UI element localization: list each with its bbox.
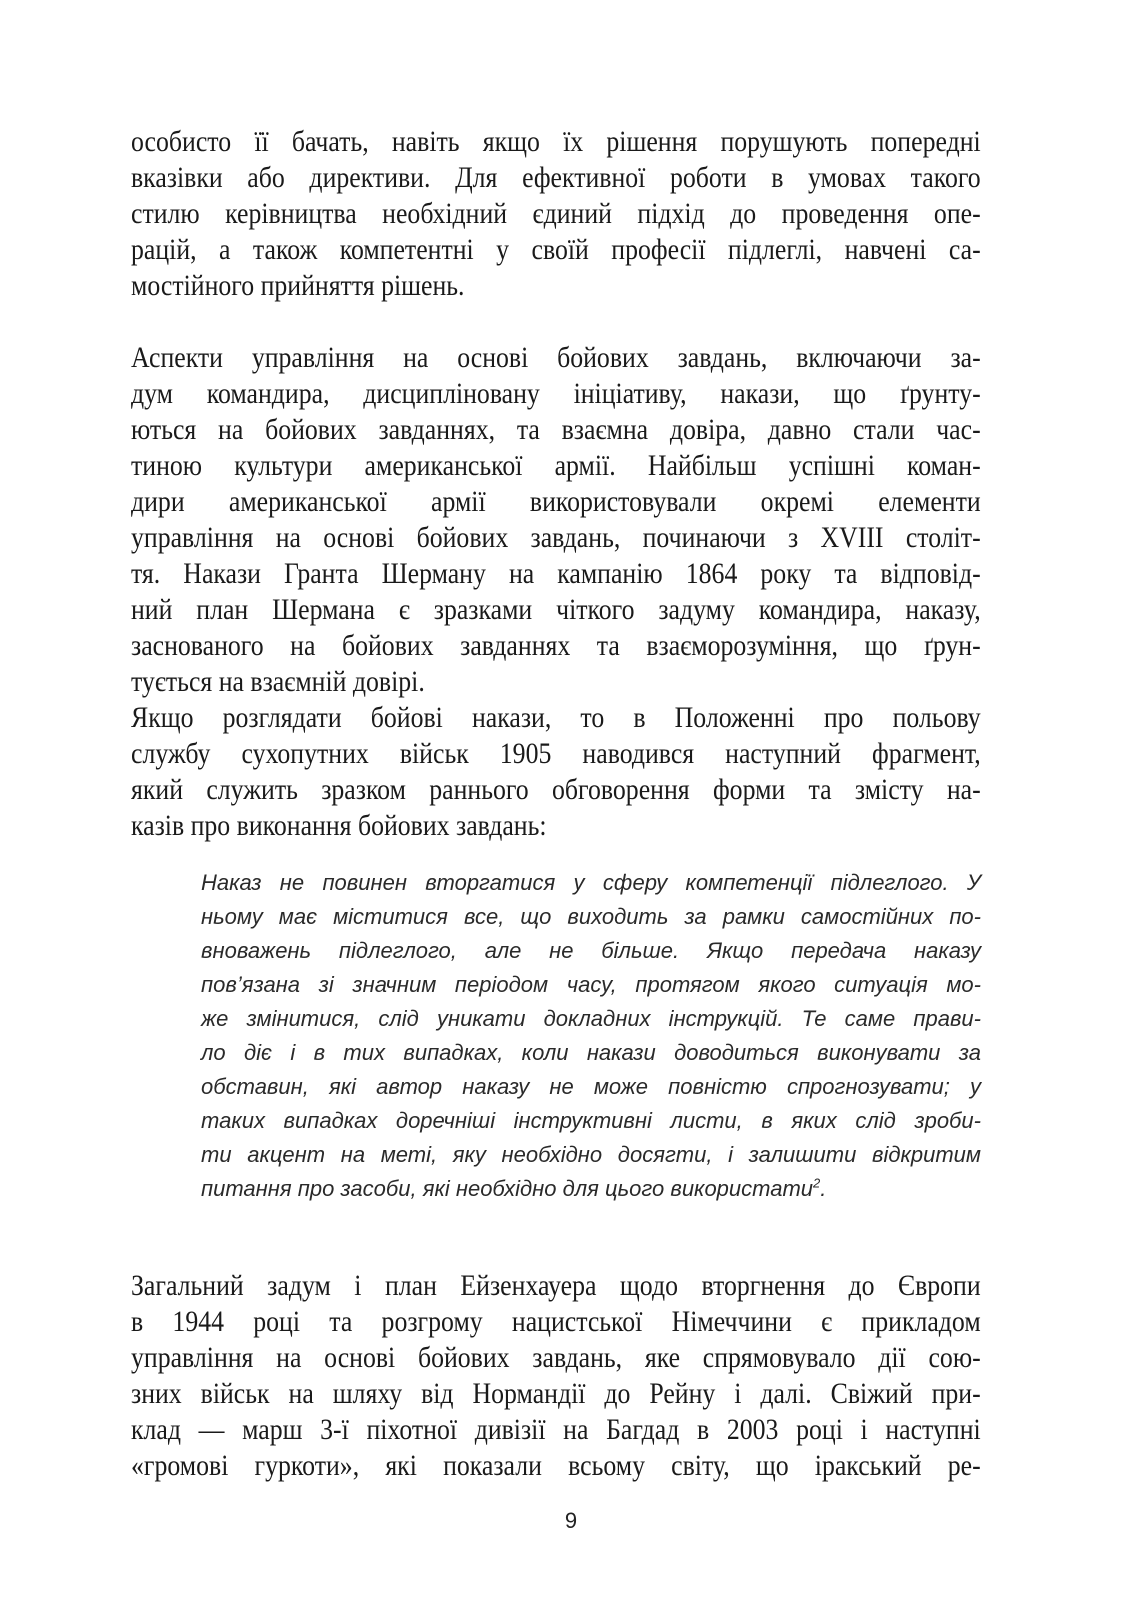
text-line: Загальний задум і план Ейзенхауера щодо … (131, 1268, 981, 1304)
quote-line-final: питання про засоби, які необхідно для ць… (201, 1172, 981, 1206)
text-line: особисто її бачать, навіть якщо їх рішен… (131, 124, 981, 160)
paragraph-1: особисто її бачать, навіть якщо їх рішен… (131, 124, 981, 304)
quote-period: . (820, 1176, 826, 1201)
quote-line: ло діє і в тих випадках, коли накази дов… (201, 1036, 981, 1070)
quote-line: Наказ не повинен вторгатися у сферу комп… (201, 866, 981, 900)
text-line: мостійного прийняття рішень. (131, 268, 981, 304)
text-line: Якщо розглядати бойові накази, то в Поло… (131, 700, 981, 736)
text-line: ний план Шермана є зразками чіткого заду… (131, 592, 981, 628)
text-line: тиною культури американської армії. Найб… (131, 448, 981, 484)
text-line: тя. Накази Гранта Шерману на кампанію 18… (131, 556, 981, 592)
text-line: Аспекти управління на основі бойових зав… (131, 340, 981, 376)
quote-line: ти акцент на меті, яку необхідно досягти… (201, 1138, 981, 1172)
document-page: особисто її бачать, навіть якщо їх рішен… (0, 0, 1142, 1615)
text-line: ються на бойових завданнях, та взаємна д… (131, 412, 981, 448)
paragraph-4: Загальний задум і план Ейзенхауера щодо … (131, 1268, 981, 1484)
text-line: дири американської армії використовували… (131, 484, 981, 520)
quote-line: пов’язана зі значним періодом часу, прот… (201, 968, 981, 1002)
text-line: службу сухопутних військ 1905 наводився … (131, 736, 981, 772)
text-line: управління на основі бойових завдань, по… (131, 520, 981, 556)
block-quote: Наказ не повинен вторгатися у сферу комп… (201, 866, 981, 1206)
text-line: заснованого на бойових завданнях та взає… (131, 628, 981, 664)
text-line: дум командира, дисципліновану ініціативу… (131, 376, 981, 412)
text-line: рацій, а також компетентні у своїй профе… (131, 232, 981, 268)
text-line: «громові гуркоти», які показали всьому с… (131, 1448, 981, 1484)
text-line: управління на основі бойових завдань, як… (131, 1340, 981, 1376)
quote-line: вноважень підлеглого, але не більше. Якщ… (201, 934, 981, 968)
text-line: стилю керівництва необхідний єдиний підх… (131, 196, 981, 232)
quote-line: же змінитися, слід уникати докладних інс… (201, 1002, 981, 1036)
quote-line: обставин, які автор наказу не може повні… (201, 1070, 981, 1104)
text-line: в 1944 році та розгрому нацистської Німе… (131, 1304, 981, 1340)
text-line: який служить зразком раннього обговоренн… (131, 772, 981, 808)
text-line: тується на взаємній довірі. (131, 664, 981, 700)
quote-line: ньому має міститися все, що виходить за … (201, 900, 981, 934)
text-line: вказівки або директиви. Для ефективної р… (131, 160, 981, 196)
paragraph-3: Якщо розглядати бойові накази, то в Поло… (131, 700, 981, 844)
quote-text: питання про засоби, які необхідно для ць… (201, 1176, 813, 1201)
text-line: клад — марш 3-ї піхотної дивізії на Багд… (131, 1412, 981, 1448)
text-line: казів про виконання бойових завдань: (131, 808, 981, 844)
paragraph-2: Аспекти управління на основі бойових зав… (131, 340, 981, 700)
text-line: зних військ на шляху від Нормандії до Ре… (131, 1376, 981, 1412)
quote-line: таких випадках доречніші інструктивні ли… (201, 1104, 981, 1138)
page-number: 9 (0, 1508, 1142, 1534)
